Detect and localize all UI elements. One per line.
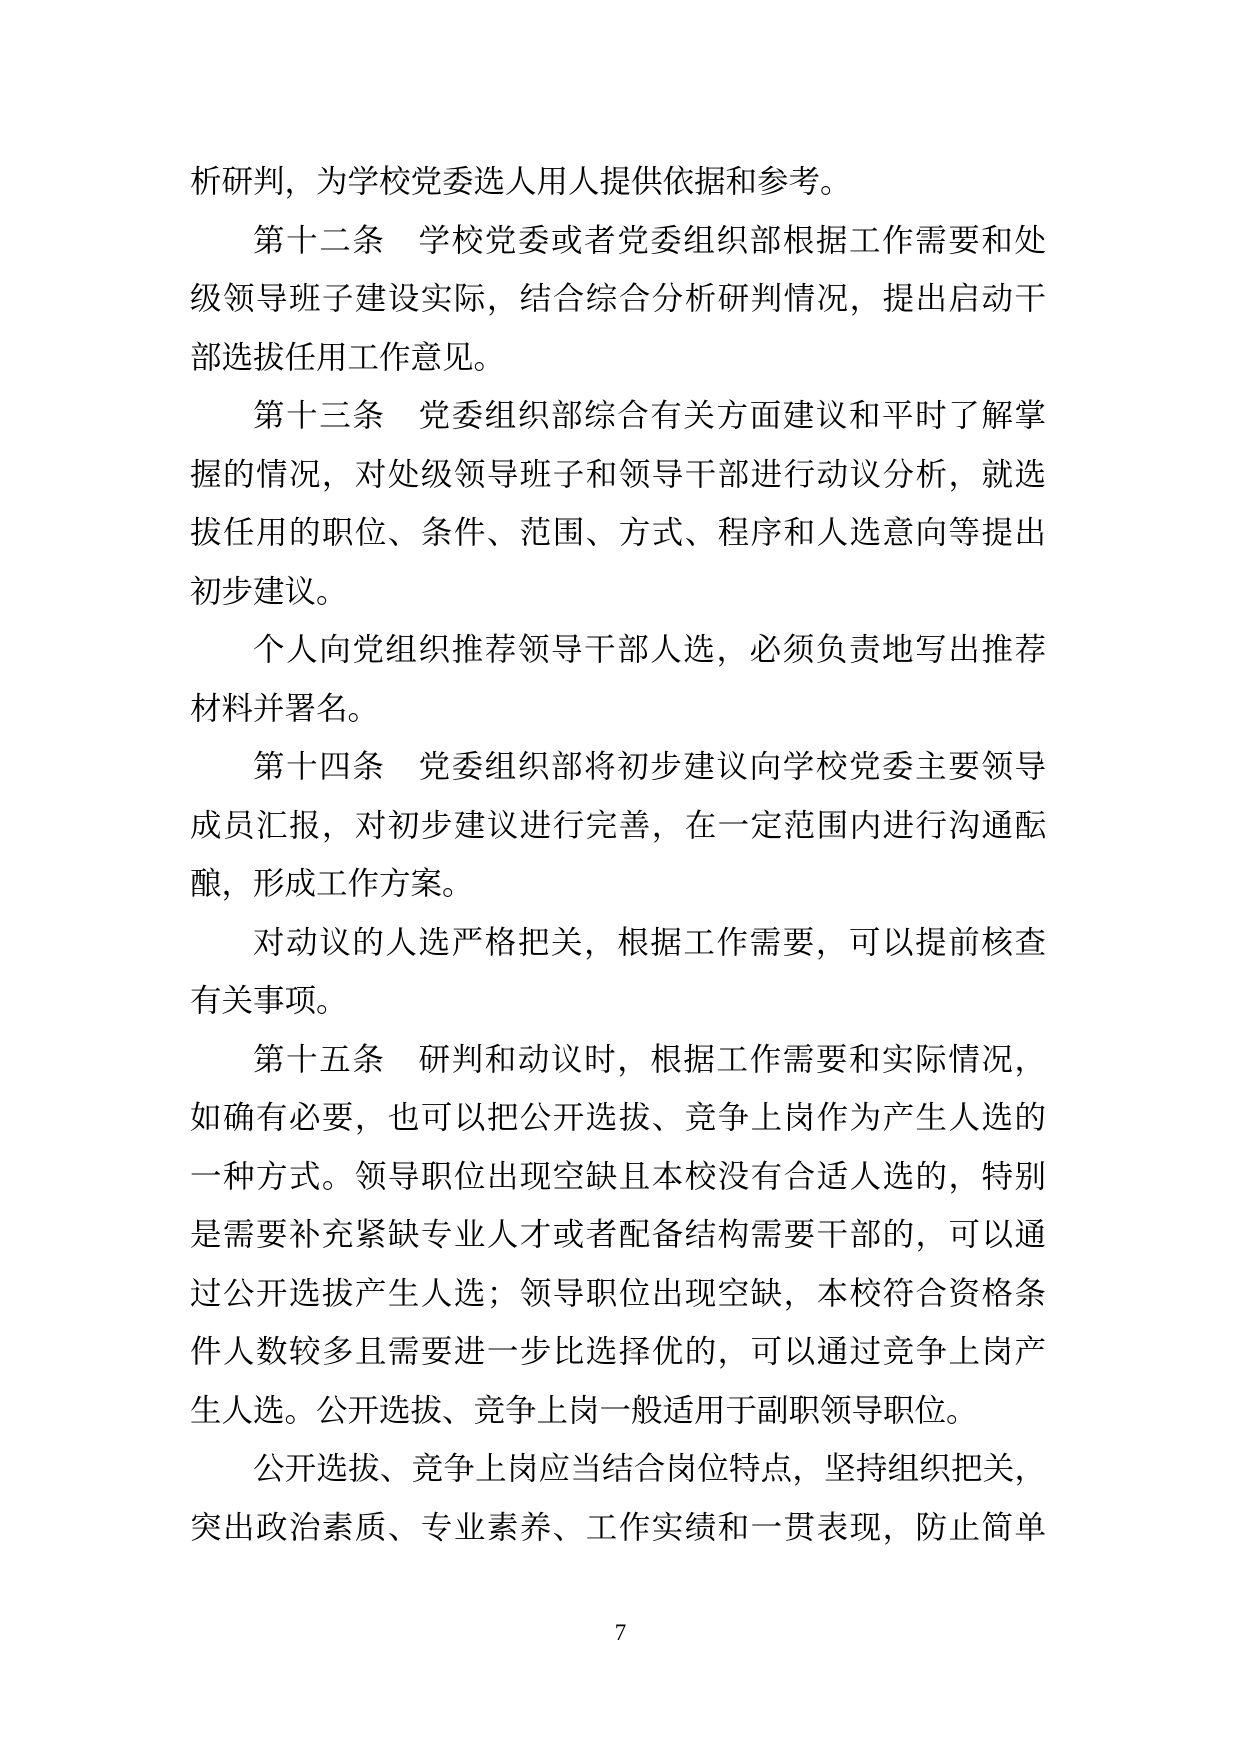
text-line: 有关事项。 — [190, 972, 1046, 1031]
text-line: 公开选拔、竞争上岗应当结合岗位特点，坚持组织把关， — [190, 1440, 1046, 1499]
text-line: 对动议的人选严格把关，根据工作需要，可以提前核查 — [190, 914, 1046, 973]
paragraph: 第十四条 党委组织部将初步建议向学校党委主要领导成员汇报，对初步建议进行完善，在… — [190, 738, 1046, 914]
page-footer: 7 — [0, 1618, 1241, 1648]
text-line: 初步建议。 — [190, 563, 1046, 622]
text-line: 级领导班子建设实际，结合综合分析研判情况，提出启动干 — [190, 270, 1046, 329]
text-line: 酿，形成工作方案。 — [190, 855, 1046, 914]
text-line: 件人数较多且需要进一步比选择优的，可以通过竞争上岗产 — [190, 1323, 1046, 1382]
document-body: 析研判，为学校党委选人用人提供依据和参考。第十二条 学校党委或者党委组织部根据工… — [190, 153, 1046, 1557]
paragraph: 个人向党组织推荐领导干部人选，必须负责地写出推荐材料并署名。 — [190, 621, 1046, 738]
page-number: 7 — [615, 1620, 627, 1645]
text-line: 如确有必要，也可以把公开选拔、竞争上岗作为产生人选的 — [190, 1089, 1046, 1148]
text-line: 突出政治素质、专业素养、工作实绩和一贯表现，防止简单 — [190, 1499, 1046, 1558]
paragraph: 对动议的人选严格把关，根据工作需要，可以提前核查有关事项。 — [190, 914, 1046, 1031]
paragraph: 析研判，为学校党委选人用人提供依据和参考。 — [190, 153, 1046, 212]
paragraph: 公开选拔、竞争上岗应当结合岗位特点，坚持组织把关，突出政治素质、专业素养、工作实… — [190, 1440, 1046, 1557]
text-line: 第十二条 学校党委或者党委组织部根据工作需要和处 — [190, 212, 1046, 271]
text-line: 第十四条 党委组织部将初步建议向学校党委主要领导 — [190, 738, 1046, 797]
text-line: 成员汇报，对初步建议进行完善，在一定范围内进行沟通酝 — [190, 797, 1046, 856]
text-line: 析研判，为学校党委选人用人提供依据和参考。 — [190, 153, 1046, 212]
paragraph: 第十二条 学校党委或者党委组织部根据工作需要和处级领导班子建设实际，结合综合分析… — [190, 212, 1046, 388]
text-line: 一种方式。领导职位出现空缺且本校没有合适人选的，特别 — [190, 1148, 1046, 1207]
document-page: 析研判，为学校党委选人用人提供依据和参考。第十二条 学校党委或者党委组织部根据工… — [0, 0, 1241, 1754]
paragraph: 第十三条 党委组织部综合有关方面建议和平时了解掌握的情况，对处级领导班子和领导干… — [190, 387, 1046, 621]
text-line: 生人选。公开选拔、竞争上岗一般适用于副职领导职位。 — [190, 1382, 1046, 1441]
text-line: 个人向党组织推荐领导干部人选，必须负责地写出推荐 — [190, 621, 1046, 680]
text-line: 材料并署名。 — [190, 680, 1046, 739]
text-line: 是需要补充紧缺专业人才或者配备结构需要干部的，可以通 — [190, 1206, 1046, 1265]
text-line: 部选拔任用工作意见。 — [190, 329, 1046, 388]
paragraph: 第十五条 研判和动议时，根据工作需要和实际情况，如确有必要，也可以把公开选拔、竞… — [190, 1031, 1046, 1441]
text-line: 过公开选拔产生人选；领导职位出现空缺，本校符合资格条 — [190, 1265, 1046, 1324]
text-line: 拔任用的职位、条件、范围、方式、程序和人选意向等提出 — [190, 504, 1046, 563]
text-line: 第十三条 党委组织部综合有关方面建议和平时了解掌 — [190, 387, 1046, 446]
text-line: 握的情况，对处级领导班子和领导干部进行动议分析，就选 — [190, 446, 1046, 505]
text-line: 第十五条 研判和动议时，根据工作需要和实际情况， — [190, 1031, 1046, 1090]
